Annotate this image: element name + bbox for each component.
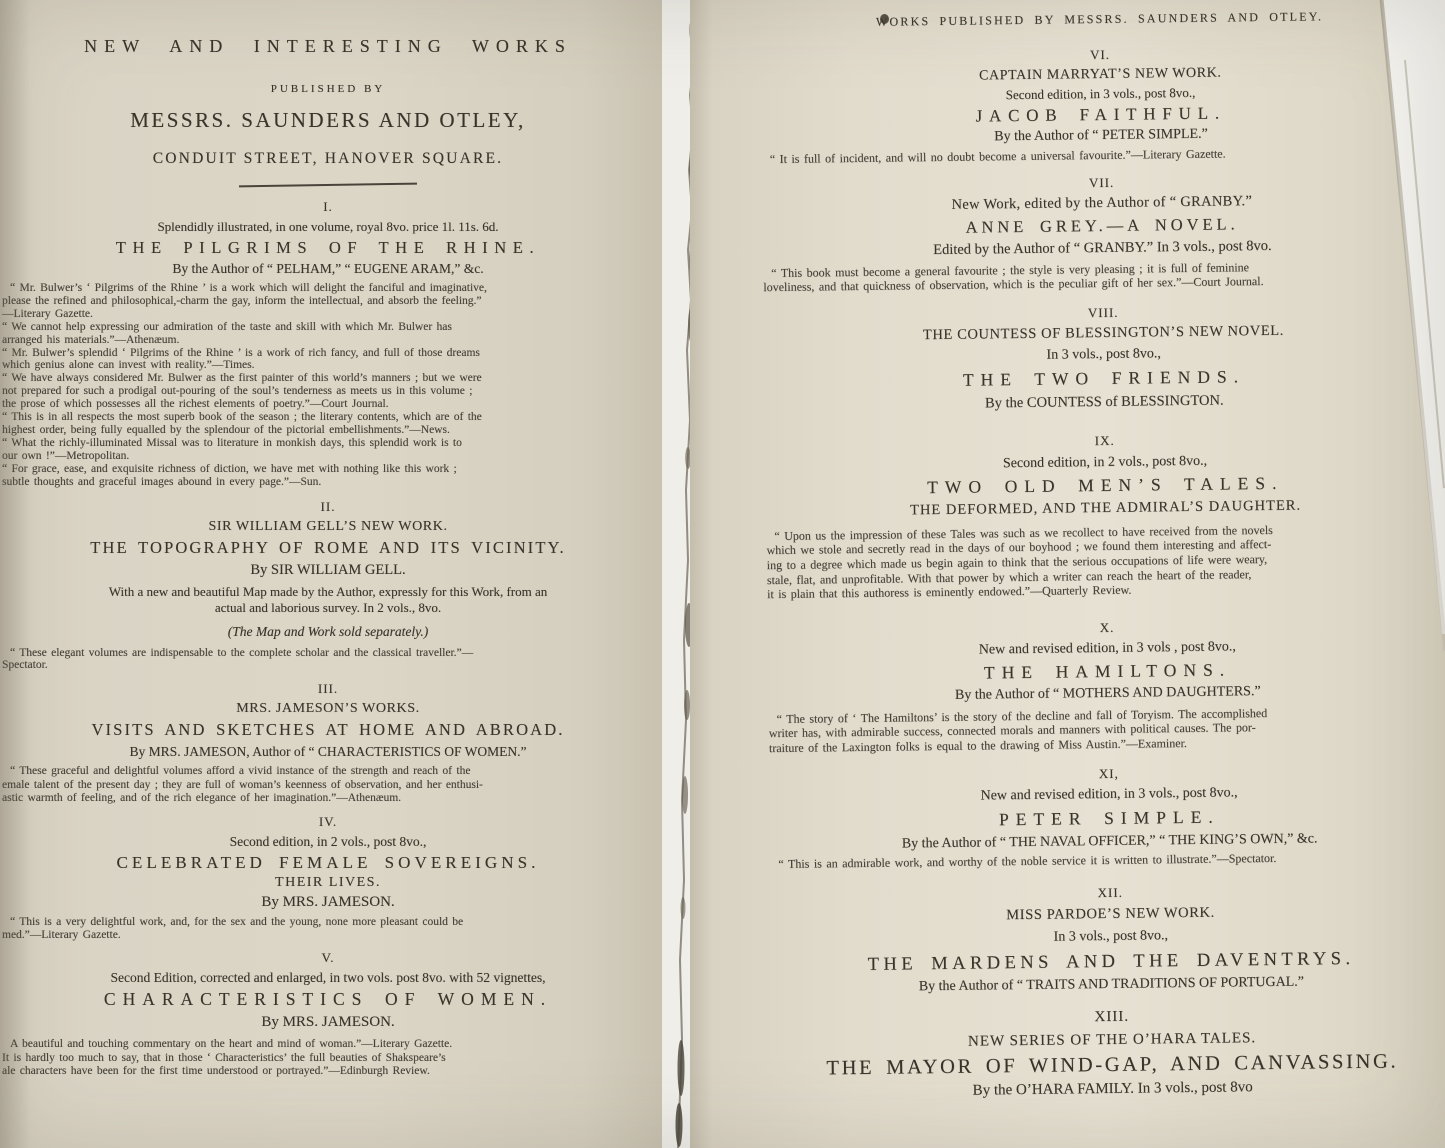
section-1: I. Splendidly illustrated, in one volume… (2, 199, 654, 489)
section-3: III. MRS. JAMESON’S WORKS. VISITS AND SK… (2, 681, 654, 805)
left-page: NEW AND INTERESTING WORKS PUBLISHED BY M… (0, 0, 662, 1148)
published-by-line: PUBLISHED BY (2, 83, 654, 95)
section-3-number: III. (2, 681, 654, 697)
section-1-title: THE PILGRIMS OF THE RHINE. (2, 238, 654, 258)
section-8-byline: By the COUNTESS of BLESSINGTON. (765, 390, 1444, 415)
section-3-title: VISITS AND SKETCHES AT HOME AND ABROAD. (2, 720, 654, 740)
section-6: VI. CAPTAIN MARRYAT’S NEW WORK. Second e… (760, 43, 1440, 167)
catalogue-title: NEW AND INTERESTING WORKS (2, 36, 654, 57)
section-7-review: “ This book must become a general favour… (763, 257, 1442, 294)
section-5-imprint: Second Edition, corrected and enlarged, … (2, 970, 654, 986)
section-9-subtitle: THE DEFORMED, AND THE ADMIRAL’S DAUGHTER… (766, 496, 1445, 521)
section-5-byline: By MRS. JAMESON. (2, 1014, 654, 1031)
section-4-title: CELEBRATED FEMALE SOVEREIGNS. (2, 853, 654, 873)
section-11: XI, New and revised edition, in 3 vols.,… (769, 761, 1445, 871)
section-13-title: THE MAYOR OF WIND-GAP, AND CANVASSING. (773, 1050, 1445, 1081)
section-1-number: I. (2, 199, 654, 215)
section-2-imprint: With a new and beautiful Map made by the… (2, 584, 654, 616)
publisher-address: CONDUIT STREET, HANOVER SQUARE. (2, 150, 654, 168)
section-3-review: “ These graceful and delightful volumes … (2, 765, 654, 805)
section-7-byline: Edited by the Author of “ GRANBY.” In 3 … (763, 235, 1442, 260)
section-10-number: X. (767, 616, 1445, 640)
section-8-heading: THE COUNTESS OF BLESSINGTON’S NEW NOVEL. (764, 321, 1443, 346)
section-10: X. New and revised edition, in 3 vols , … (767, 616, 1445, 756)
section-2-byline: By SIR WILLIAM GELL. (2, 562, 654, 579)
section-10-review: “ The story of ‘ The Hamiltons’ is the s… (769, 704, 1445, 756)
section-3-byline: By MRS. JAMESON, Author of “ CHARACTERIS… (2, 744, 654, 760)
publisher-name: MESSRS. SAUNDERS AND OTLEY, (2, 108, 654, 133)
section-5-review: A beautiful and touching commentary on t… (2, 1038, 654, 1078)
header-rule (239, 183, 417, 188)
section-4-imprint: Second edition, in 2 vols., post 8vo., (2, 834, 654, 850)
section-1-byline: By the Author of “ PELHAM,” “ EUGENE ARA… (2, 261, 654, 277)
section-7-title: ANNE GREY.—A NOVEL. (763, 211, 1442, 239)
section-13-heading: NEW SERIES OF THE O’HARA TALES. (772, 1028, 1445, 1053)
section-1-reviews: “ Mr. Bulwer’s ‘ Pilgrims of the Rhine ’… (2, 282, 654, 489)
section-5-number: V. (2, 950, 654, 966)
section-1-imprint: Splendidly illustrated, in one volume, r… (2, 219, 654, 235)
section-9-title: TWO OLD MEN’S TALES. (766, 471, 1445, 500)
running-head: WORKS PUBLISHED BY MESSRS. SAUNDERS AND … (760, 8, 1439, 31)
section-5-title: CHARACTERISTICS OF WOMEN. (2, 989, 654, 1010)
section-2-review: “ These elegant volumes are indispensabl… (2, 647, 654, 673)
ink-blot (880, 14, 889, 24)
book-photo: NEW AND INTERESTING WORKS PUBLISHED BY M… (0, 0, 1445, 1148)
section-12-number: XII. (771, 881, 1445, 905)
section-2-number: II. (2, 499, 654, 515)
section-9: IX. Second edition, in 2 vols., post 8vo… (765, 429, 1445, 602)
section-11-imprint: New and revised edition, in 3 vols., pos… (769, 782, 1445, 806)
section-2-note: (The Map and Work sold separately.) (2, 624, 654, 640)
section-3-heading: MRS. JAMESON’S WORKS. (2, 701, 654, 717)
section-8-title: THE TWO FRIENDS. (764, 364, 1443, 393)
section-5: V. Second Edition, corrected and enlarge… (2, 950, 654, 1078)
section-4: IV. Second edition, in 2 vols., post 8vo… (2, 814, 654, 943)
section-4-byline: By MRS. JAMESON. (2, 894, 654, 911)
section-4-review: “ This is a very delightful work, and, f… (2, 916, 654, 943)
section-12-imprint: In 3 vols., post 8vo., (771, 925, 1445, 949)
section-12-byline: By the Author of “ TRAITS AND TRADITIONS… (772, 973, 1445, 997)
section-13-number: XIII. (772, 1005, 1445, 1030)
section-10-byline: By the Author of “ MOTHERS AND DAUGHTERS… (768, 682, 1445, 706)
left-page-header: NEW AND INTERESTING WORKS PUBLISHED BY M… (2, 36, 654, 186)
section-8: VIII. THE COUNTESS OF BLESSINGTON’S NEW … (764, 301, 1444, 415)
section-9-review: “ Upon us the impression of these Tales … (766, 521, 1445, 602)
section-10-title: THE HAMILTONS. (768, 657, 1445, 686)
right-page: WORKS PUBLISHED BY MESSRS. SAUNDERS AND … (690, 0, 1445, 1148)
section-7: VII. New Work, edited by the Author of “… (762, 170, 1442, 294)
section-13: XIII. NEW SERIES OF THE O’HARA TALES. TH… (772, 1005, 1445, 1102)
section-8-imprint: In 3 vols., post 8vo., (764, 343, 1443, 367)
section-12-heading: MISS PARDOE’S NEW WORK. (771, 902, 1445, 927)
section-2: II. SIR WILLIAM GELL’S NEW WORK. THE TOP… (2, 499, 654, 673)
section-4-number: IV. (2, 814, 654, 830)
section-4-subtitle: THEIR LIVES. (2, 875, 654, 891)
section-9-number: IX. (765, 429, 1444, 453)
section-13-byline: By the O’HARA FAMILY. In 3 vols., post 8… (773, 1077, 1445, 1102)
section-12-title: THE MARDENS AND THE DAVENTRYS. (772, 948, 1445, 977)
section-2-title: THE TOPOGRAPHY OF ROME AND ITS VICINITY. (2, 538, 654, 558)
section-12: XII. MISS PARDOE’S NEW WORK. In 3 vols.,… (771, 881, 1445, 997)
section-11-title: PETER SIMPLE. (770, 803, 1445, 832)
section-11-number: XI, (769, 761, 1445, 785)
section-2-heading: SIR WILLIAM GELL’S NEW WORK. (2, 519, 654, 535)
section-6-review: “ It is full of incident, and will no do… (762, 144, 1441, 167)
